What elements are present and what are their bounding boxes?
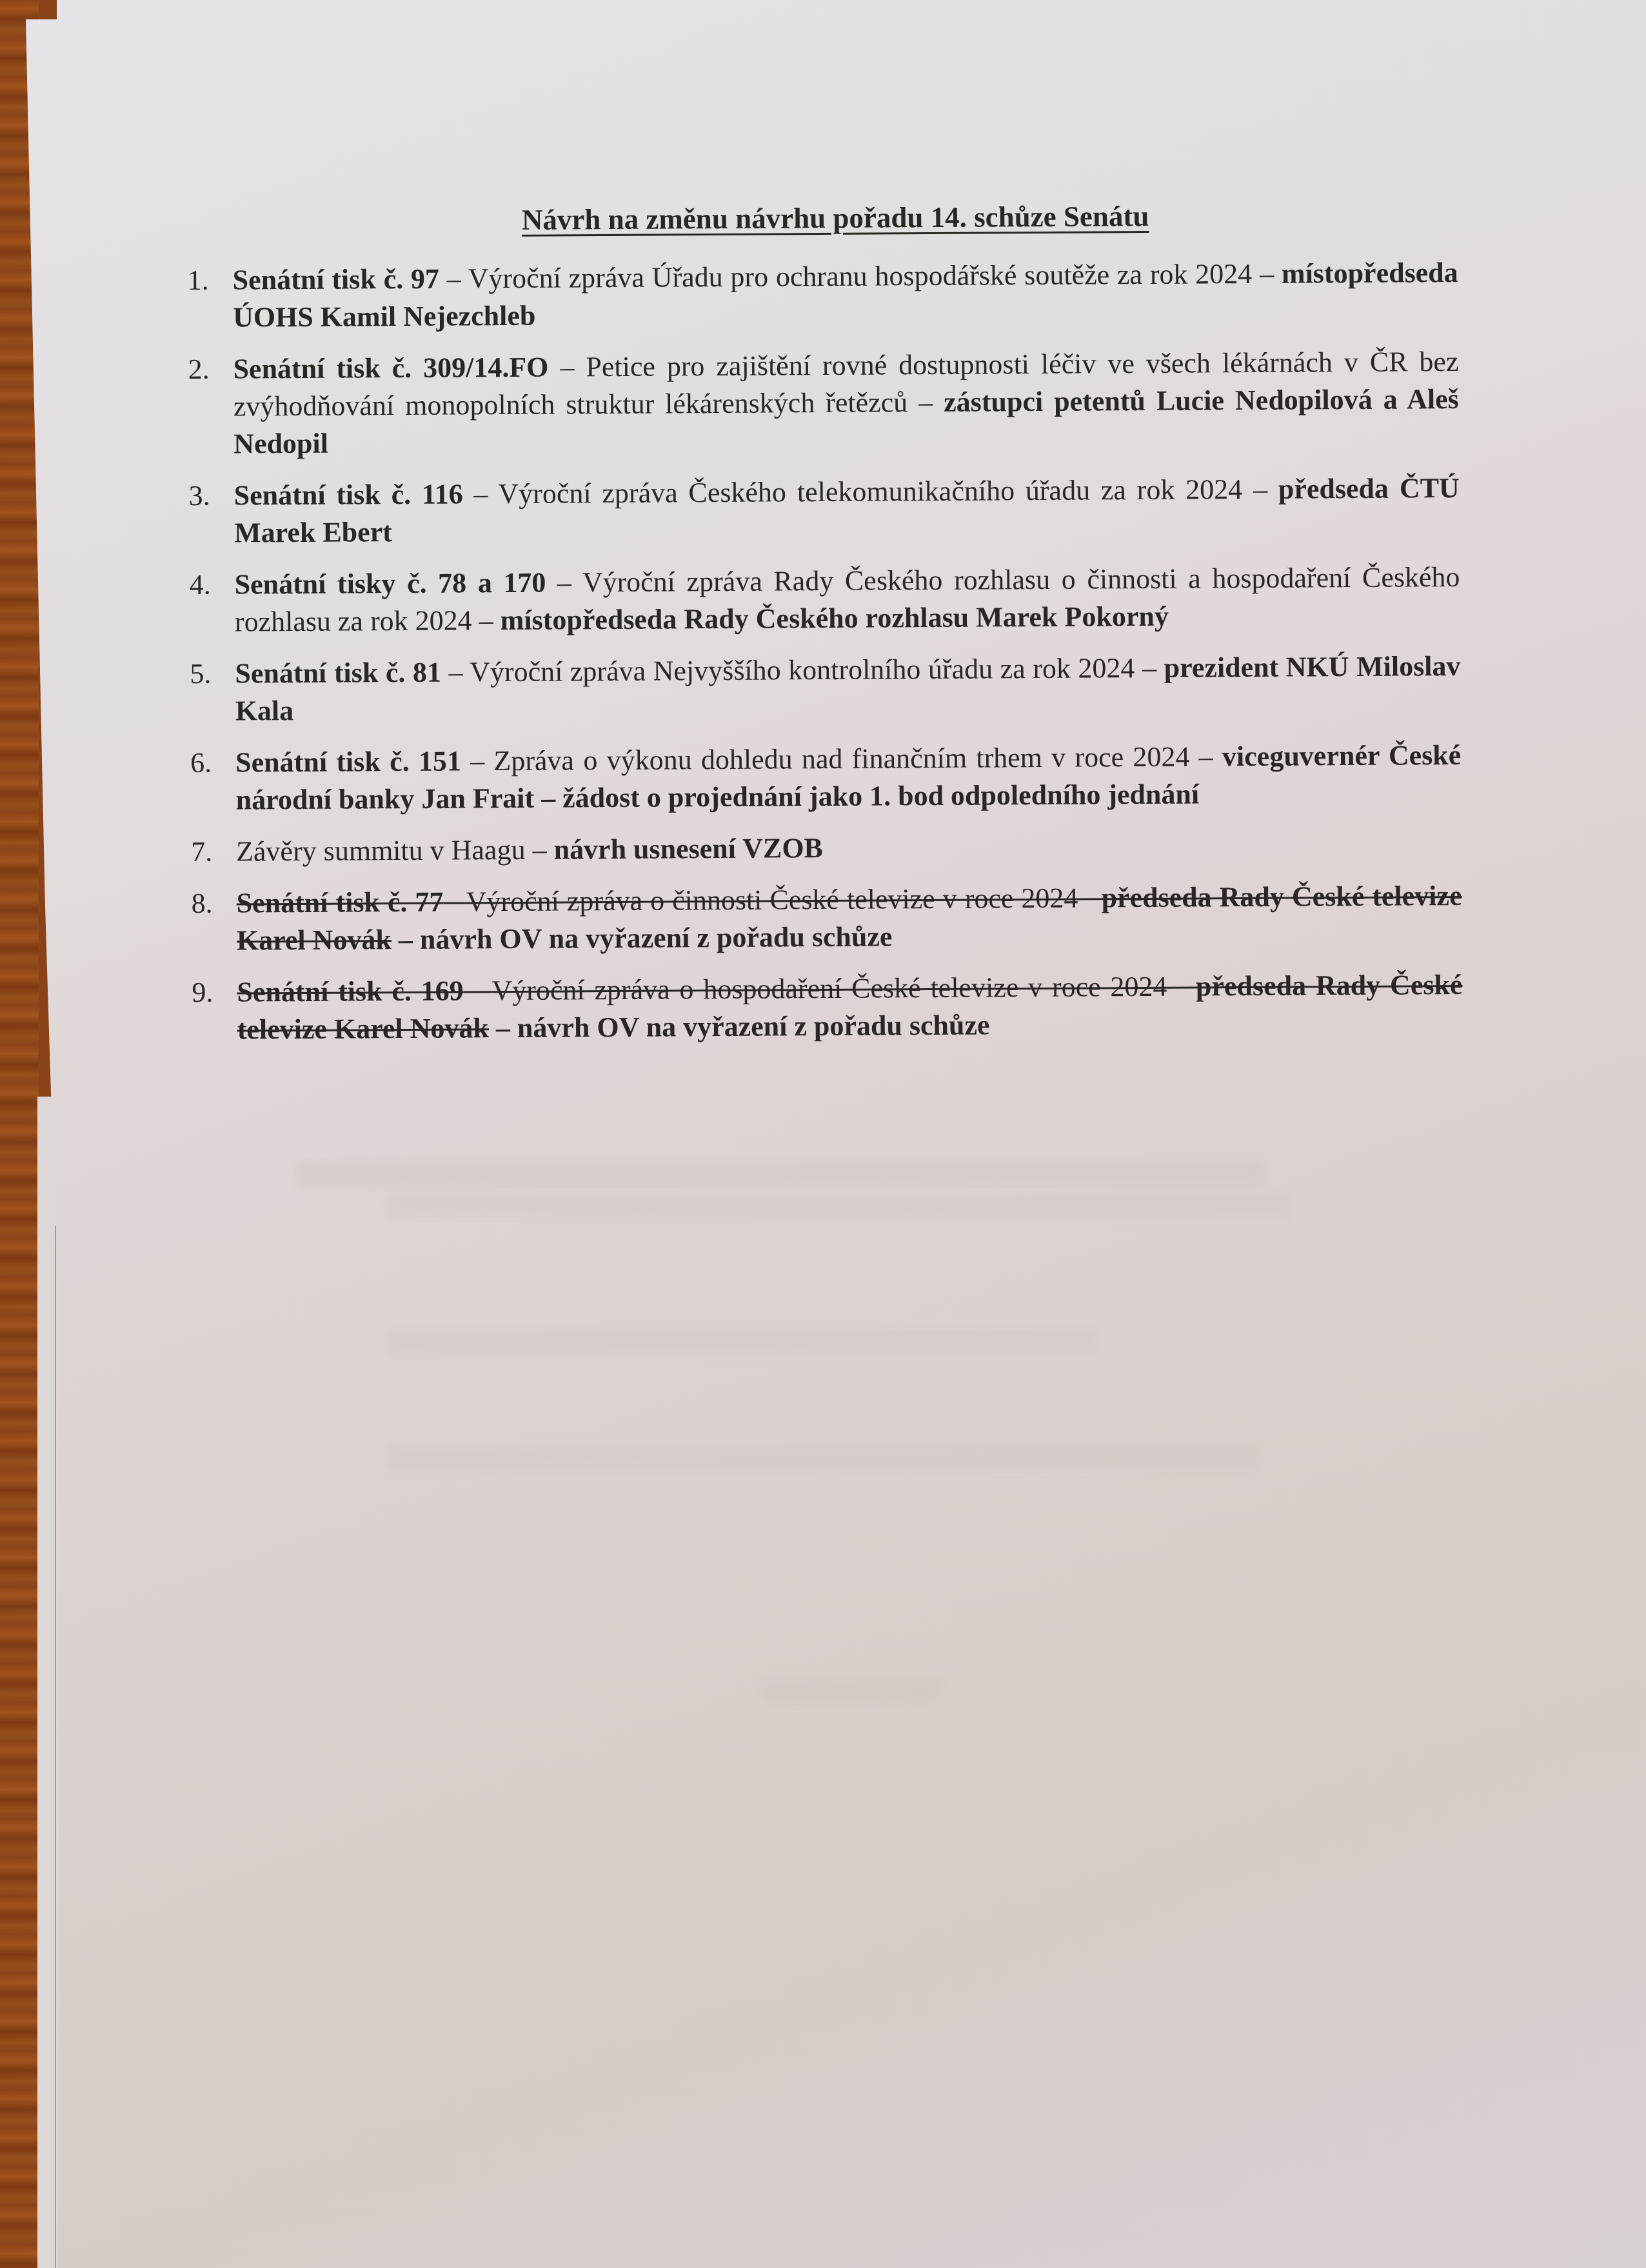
item-number: 9. bbox=[192, 974, 213, 1011]
agenda-item-struck: 8. Senátní tisk č. 77 Výroční zpráva o č… bbox=[191, 877, 1462, 960]
separator bbox=[464, 975, 492, 1006]
item-description: Výroční zpráva o činnosti České televize… bbox=[466, 882, 1078, 918]
separator: – bbox=[1189, 741, 1222, 772]
document-title: Návrh na změnu návrhu pořadu 14. schůze … bbox=[187, 197, 1458, 239]
separator bbox=[1078, 882, 1101, 913]
item-label: Senátní tisk č. 151 bbox=[235, 745, 461, 778]
item-label: Senátní tisky č. 78 a 170 bbox=[234, 567, 546, 601]
agenda-item: 1. Senátní tisk č. 97 – Výroční zpráva Ú… bbox=[188, 254, 1459, 337]
item-number: 7. bbox=[191, 833, 212, 871]
item-label: Senátní tisk č. 169 bbox=[237, 975, 464, 1008]
item-number: 4. bbox=[189, 566, 210, 604]
sheet-edge-line bbox=[55, 1226, 56, 2268]
item-note: – návrh OV na vyřazení z pořadu schůze bbox=[392, 920, 893, 955]
separator: – bbox=[461, 745, 494, 777]
separator: – bbox=[548, 351, 586, 383]
item-speaker: návrh usnesení VZOB bbox=[553, 832, 823, 866]
separator: – bbox=[439, 263, 468, 294]
agenda-item: 7. Závěry summitu v Haagu – návrh usnese… bbox=[191, 826, 1462, 871]
item-label: Senátní tisk č. 81 bbox=[235, 657, 441, 690]
separator: – bbox=[1252, 258, 1282, 290]
agenda-item-struck: 9. Senátní tisk č. 169 Výroční zpráva o … bbox=[192, 966, 1463, 1049]
item-description: Výroční zpráva o hospodaření České telev… bbox=[491, 971, 1167, 1006]
item-number: 5. bbox=[190, 655, 211, 693]
item-label: Senátní tisk č. 116 bbox=[234, 478, 463, 511]
show-through-artifact bbox=[387, 1445, 1258, 1471]
agenda-item: 3. Senátní tisk č. 116 – Výroční zpráva … bbox=[189, 470, 1460, 552]
agenda-list: 1. Senátní tisk č. 97 – Výroční zpráva Ú… bbox=[188, 254, 1463, 1049]
show-through-artifact bbox=[761, 1677, 942, 1703]
item-number: 3. bbox=[189, 477, 210, 515]
item-number: 6. bbox=[190, 744, 212, 782]
agenda-item: 6. Senátní tisk č. 151 – Zpráva o výkonu… bbox=[190, 737, 1462, 819]
item-description: Výroční zpráva Českého telekomunikačního… bbox=[498, 473, 1242, 510]
separator: – bbox=[1242, 473, 1278, 505]
item-description: Zpráva o výkonu dohledu nad finančním tr… bbox=[493, 741, 1189, 777]
item-number: 1. bbox=[188, 262, 209, 299]
document-body: Návrh na změnu návrhu pořadu 14. schůze … bbox=[187, 197, 1463, 1063]
separator: – bbox=[1135, 652, 1164, 684]
item-number: 8. bbox=[191, 885, 212, 922]
item-label: Senátní tisk č. 97 bbox=[233, 263, 440, 296]
show-through-artifact bbox=[387, 1193, 1290, 1219]
separator: – bbox=[907, 386, 944, 418]
separator: – bbox=[441, 656, 470, 688]
separator: – bbox=[546, 566, 582, 598]
separator bbox=[1167, 970, 1196, 1002]
agenda-item: 4. Senátní tisky č. 78 a 170 – Výroční z… bbox=[189, 559, 1460, 641]
item-description: Výroční zpráva Úřadu pro ochranu hospodá… bbox=[468, 258, 1253, 294]
show-through-artifact bbox=[387, 1329, 1096, 1355]
show-through-artifact bbox=[297, 1161, 1264, 1187]
separator: – bbox=[525, 834, 553, 866]
item-label: Senátní tisk č. 309/14.FO bbox=[233, 352, 548, 385]
separator bbox=[443, 886, 466, 917]
agenda-item: 2. Senátní tisk č. 309/14.FO – Petice pr… bbox=[188, 343, 1459, 463]
item-note: – návrh OV na vyřazení z pořadu schůze bbox=[489, 1009, 990, 1044]
item-description: Závěry summitu v Haagu bbox=[236, 834, 526, 868]
item-label: Senátní tisk č. 77 bbox=[236, 886, 443, 919]
separator: – bbox=[472, 604, 501, 636]
separator: – bbox=[462, 478, 498, 510]
item-speaker: místopředseda Rady Českého rozhlasu Mare… bbox=[501, 601, 1169, 636]
agenda-item: 5. Senátní tisk č. 81 – Výroční zpráva N… bbox=[190, 648, 1461, 730]
item-description: Výroční zpráva Nejvyššího kontrolního úř… bbox=[470, 652, 1135, 688]
item-number: 2. bbox=[188, 351, 209, 388]
